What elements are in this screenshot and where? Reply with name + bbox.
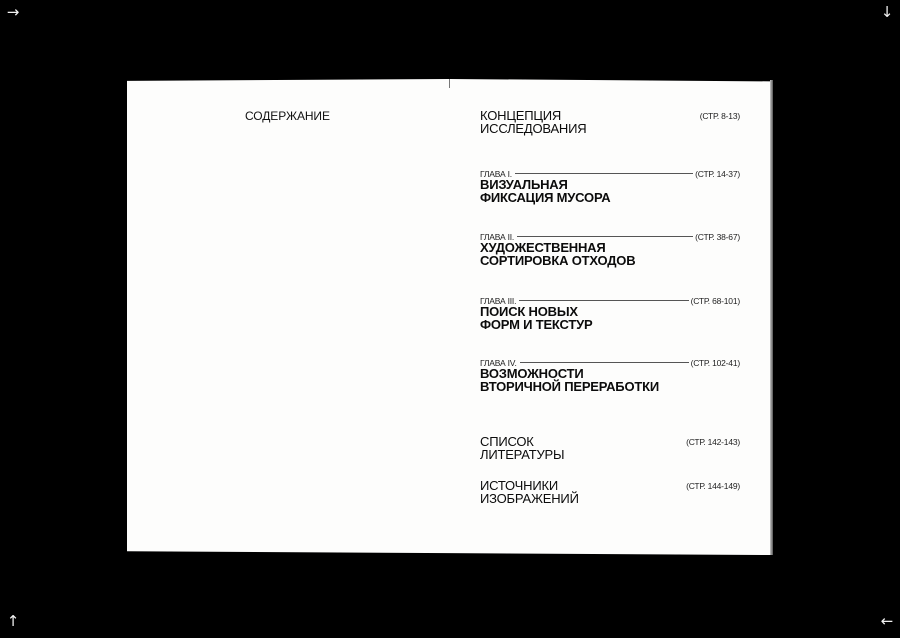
- entry-title: ХУДОЖЕСТВЕННАЯ СОРТИРОВКА ОТХОДОВ: [480, 242, 740, 267]
- toc-entry-chapter-3: ГЛАВА III. (СТР. 68-101) ПОИСК НОВЫХ ФОР…: [480, 295, 740, 331]
- entry-pages: (СТР. 68-101): [691, 296, 740, 306]
- right-page: КОНЦЕПЦИЯ ИССЛЕДОВАНИЯ (СТР. 8-13) ГЛАВА…: [450, 79, 772, 555]
- entry-title-line2: ФОРМ И ТЕКСТУР: [480, 319, 740, 332]
- entry-title: ВИЗУАЛЬНАЯ ФИКСАЦИЯ МУСОРА: [480, 179, 740, 204]
- entry-title-line2: ИССЛЕДОВАНИЯ: [480, 123, 586, 136]
- entry-title-line2: ЛИТЕРАТУРЫ: [480, 449, 564, 462]
- entry-pages: (СТР. 144-149): [686, 481, 740, 491]
- toc-entry-concept: КОНЦЕПЦИЯ ИССЛЕДОВАНИЯ (СТР. 8-13): [480, 110, 740, 135]
- entry-pages: (СТР. 8-13): [700, 111, 740, 121]
- toc-entry-image-sources: ИСТОЧНИКИ ИЗОБРАЖЕНИЙ (СТР. 144-149): [480, 480, 740, 505]
- leader-rule: [517, 236, 693, 237]
- leader-rule: [515, 173, 693, 174]
- leader-rule: [520, 362, 689, 363]
- toc-entry-chapter-4: ГЛАВА IV. (СТР. 102-41) ВОЗМОЖНОСТИ ВТОР…: [480, 357, 740, 393]
- toc-entry-chapter-2: ГЛАВА II. (СТР. 38-67) ХУДОЖЕСТВЕННАЯ СО…: [480, 231, 740, 267]
- left-page: СОДЕРЖАНИЕ: [127, 79, 450, 555]
- page-edge-shadow: [770, 80, 773, 555]
- booklet-spread: СОДЕРЖАНИЕ КОНЦЕПЦИЯ ИССЛЕДОВАНИЯ (СТР. …: [127, 79, 772, 555]
- leader-rule: [519, 300, 688, 301]
- entry-pages: (СТР. 142-143): [686, 437, 740, 447]
- entry-title: ВОЗМОЖНОСТИ ВТОРИЧНОЙ ПЕРЕРАБОТКИ: [480, 368, 740, 393]
- entry-title: КОНЦЕПЦИЯ ИССЛЕДОВАНИЯ: [480, 110, 586, 135]
- arrow-left-icon[interactable]: ←: [879, 614, 895, 630]
- entry-title: ПОИСК НОВЫХ ФОРМ И ТЕКСТУР: [480, 306, 740, 331]
- toc-entry-chapter-1: ГЛАВА I. (СТР. 14-37) ВИЗУАЛЬНАЯ ФИКСАЦИ…: [480, 168, 740, 204]
- entry-pages: (СТР. 38-67): [695, 232, 740, 242]
- entry-title: ИСТОЧНИКИ ИЗОБРАЖЕНИЙ: [480, 480, 579, 505]
- contents-heading: СОДЕРЖАНИЕ: [245, 109, 330, 123]
- entry-pages: (СТР. 102-41): [691, 358, 740, 368]
- arrow-up-icon[interactable]: ↑: [5, 614, 21, 630]
- entry-pages: (СТР. 14-37): [695, 169, 740, 179]
- entry-title-line2: ФИКСАЦИЯ МУСОРА: [480, 192, 740, 205]
- entry-title-line2: ИЗОБРАЖЕНИЙ: [480, 493, 579, 506]
- viewer-stage: → ↓ ↑ ← СОДЕРЖАНИЕ КОНЦЕПЦИЯ ИССЛЕДОВАНИ…: [0, 0, 900, 638]
- entry-title-line2: СОРТИРОВКА ОТХОДОВ: [480, 255, 740, 268]
- entry-title-line2: ВТОРИЧНОЙ ПЕРЕРАБОТКИ: [480, 381, 740, 394]
- entry-title: СПИСОК ЛИТЕРАТУРЫ: [480, 436, 564, 461]
- arrow-right-icon[interactable]: →: [5, 5, 21, 21]
- arrow-down-icon[interactable]: ↓: [879, 5, 895, 21]
- toc-entry-bibliography: СПИСОК ЛИТЕРАТУРЫ (СТР. 142-143): [480, 436, 740, 461]
